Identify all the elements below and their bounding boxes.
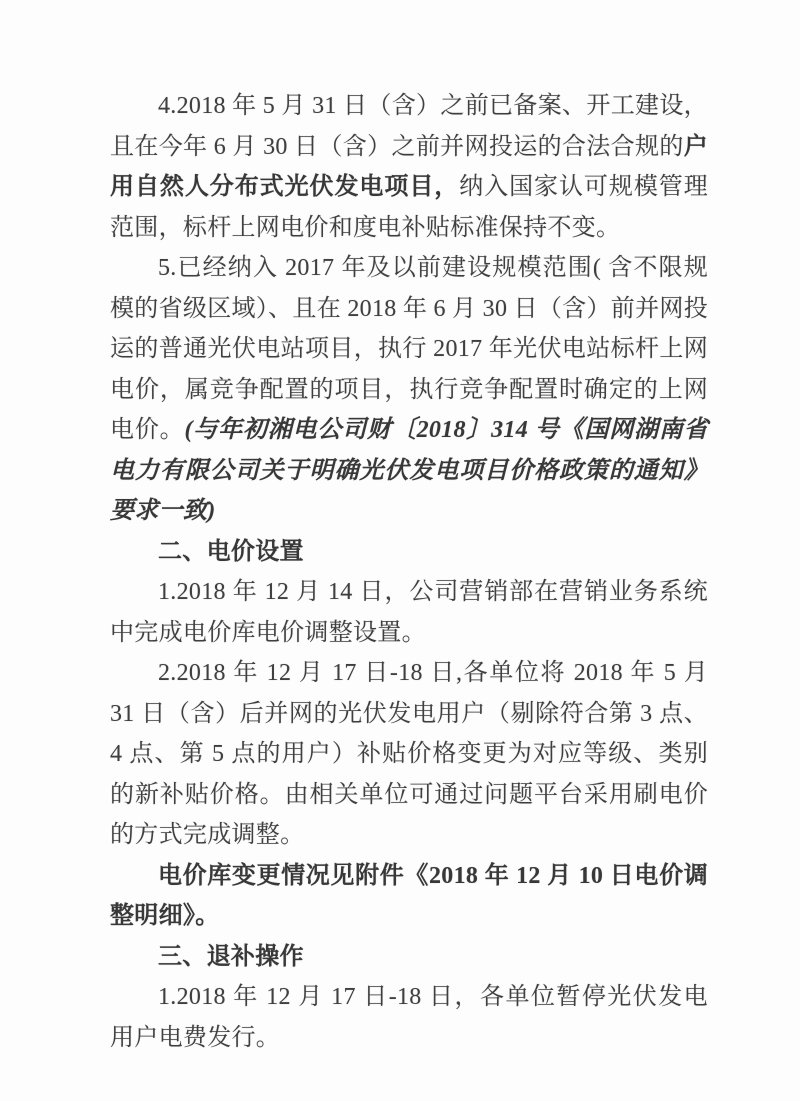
clause-5-paragraph: 5.已经纳入 2017 年及以前建设规模范围( 含不限规模的省级区域）、且在 2… [110, 248, 708, 532]
price-setting-step-2: 2.2018 年 12 月 17 日-18 日,各单位将 2018 年 5 月 … [110, 653, 708, 856]
text-run: 1.2018 年 12 月 14 日，公司营销部在营销业务系统中完成电价库电价调… [110, 579, 708, 646]
text-run: 三、退补操作 [158, 944, 304, 970]
text-run: (与年初湘电公司财〔2018〕314 号《国网湖南省电力有限公司关于明确光伏发电… [110, 417, 708, 524]
scanned-document-page: 4.2018 年 5 月 31 日（含）之前已备案、开工建设，且在今年 6 月 … [0, 0, 800, 1101]
section-3-heading: 三、退补操作 [110, 937, 708, 978]
text-run: 4.2018 年 5 月 31 日（含）之前已备案、开工建设，且在今年 6 月 … [110, 93, 708, 160]
section-2-heading: 二、电价设置 [110, 532, 708, 573]
clause-4-paragraph: 4.2018 年 5 月 31 日（含）之前已备案、开工建设，且在今年 6 月 … [110, 86, 708, 248]
text-run: 电价库变更情况见附件《2018 年 12 月 10 日电价调整明细》。 [110, 863, 708, 930]
document-body: 4.2018 年 5 月 31 日（含）之前已备案、开工建设，且在今年 6 月 … [110, 86, 708, 1058]
text-run: 5.已经纳入 2017 年及以前建设规模范围( 含不限规模的省级区域）、且在 2… [110, 255, 708, 443]
text-run: 1.2018 年 12 月 17 日-18 日，各单位暂停光伏发电用户电费发行。 [110, 984, 708, 1051]
text-run: 二、电价设置 [158, 539, 304, 565]
attachment-note: 电价库变更情况见附件《2018 年 12 月 10 日电价调整明细》。 [110, 856, 708, 937]
text-run: 2.2018 年 12 月 17 日-18 日,各单位将 2018 年 5 月 … [110, 660, 708, 848]
refund-step-1: 1.2018 年 12 月 17 日-18 日，各单位暂停光伏发电用户电费发行。 [110, 977, 708, 1058]
price-setting-step-1: 1.2018 年 12 月 14 日，公司营销部在营销业务系统中完成电价库电价调… [110, 572, 708, 653]
